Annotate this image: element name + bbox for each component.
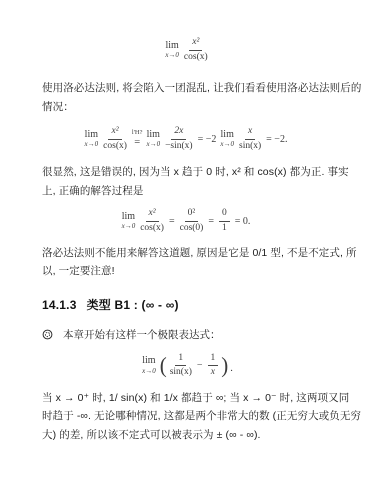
section-header: 14.1.3类型 B1 : (∞ - ∞) <box>42 296 332 313</box>
paragraph-warning: 洛必达法则不能用来解答这道题, 原因是它是 0/1 型, 不是不定式, 所 以,… <box>42 244 332 281</box>
formula-limit-x2-over-cos: lim x→0 x² cos(x) <box>42 38 332 62</box>
recall-text: 本章开始有这样一个极限表达式： <box>63 328 221 343</box>
paragraph-lhopital-confusion: 使用洛必达法则, 将会陷入一团混乱, 让我们看看使用洛必达法则后的 情况： <box>42 79 332 116</box>
fraction: 1 x <box>208 354 219 378</box>
formula-wrong-lhopital-chain: lim x→0 x² cos(x) l'H? = lim x→0 2x −sin… <box>42 127 332 151</box>
section-number: 14.1.3 <box>42 298 77 312</box>
paragraph-why-wrong: 很显然, 这是错误的, 因为当 x 趋于 0 时, x² 和 cos(x) 都为… <box>42 163 332 200</box>
limit-operator: lim x→0 <box>165 41 179 60</box>
formula-infinity-minus-infinity: lim x→0 ( 1 sin(x) − 1 x ) . <box>42 354 332 378</box>
fraction: x² cos(x) <box>184 38 208 62</box>
period: . <box>230 363 233 378</box>
spiral-icon <box>42 329 53 340</box>
formula-correct-evaluation: lim x→0 x² cos(x) = 0² cos(0) = 0 1 = 0. <box>42 209 332 233</box>
fraction: x² cos(x) <box>140 209 164 233</box>
fraction: 0² cos(0) <box>180 209 204 233</box>
recall-note: 本章开始有这样一个极限表达式： <box>42 328 332 343</box>
fraction: 0 1 <box>219 209 230 233</box>
result-value: = −2. <box>266 134 287 145</box>
book-page: lim x→0 x² cos(x) 使用洛必达法则, 将会陷入一团混乱, 让我们… <box>0 0 370 444</box>
limit-operator: lim x→0 <box>142 356 156 375</box>
limit-operator: lim x→0 <box>85 130 99 149</box>
fraction: 1 sin(x) <box>170 354 192 378</box>
paragraph-one-sided-limits: 当 x → 0⁺ 时, 1/ sin(x) 和 1/x 都趋于 ∞; 当 x →… <box>42 389 332 445</box>
equals-sign: = <box>169 216 175 227</box>
limit-operator: lim x→0 <box>220 130 234 149</box>
fraction: 2x −sin(x) <box>165 127 193 151</box>
questioned-equals: l'H? = <box>132 130 143 148</box>
limit-operator: lim x→0 <box>122 212 136 231</box>
limit-operator: lim x→0 <box>146 130 160 149</box>
fraction: x sin(x) <box>239 127 261 151</box>
left-parenthesis: ( <box>160 354 167 376</box>
result-value: = 0. <box>235 216 251 227</box>
section-title: 类型 B1 : (∞ - ∞) <box>87 298 179 312</box>
right-parenthesis: ) <box>221 354 228 376</box>
minus-sign: − <box>197 360 203 371</box>
equals-coefficient: = −2 <box>198 134 217 145</box>
equals-sign: = <box>208 216 214 227</box>
fraction: x² cos(x) <box>103 127 127 151</box>
